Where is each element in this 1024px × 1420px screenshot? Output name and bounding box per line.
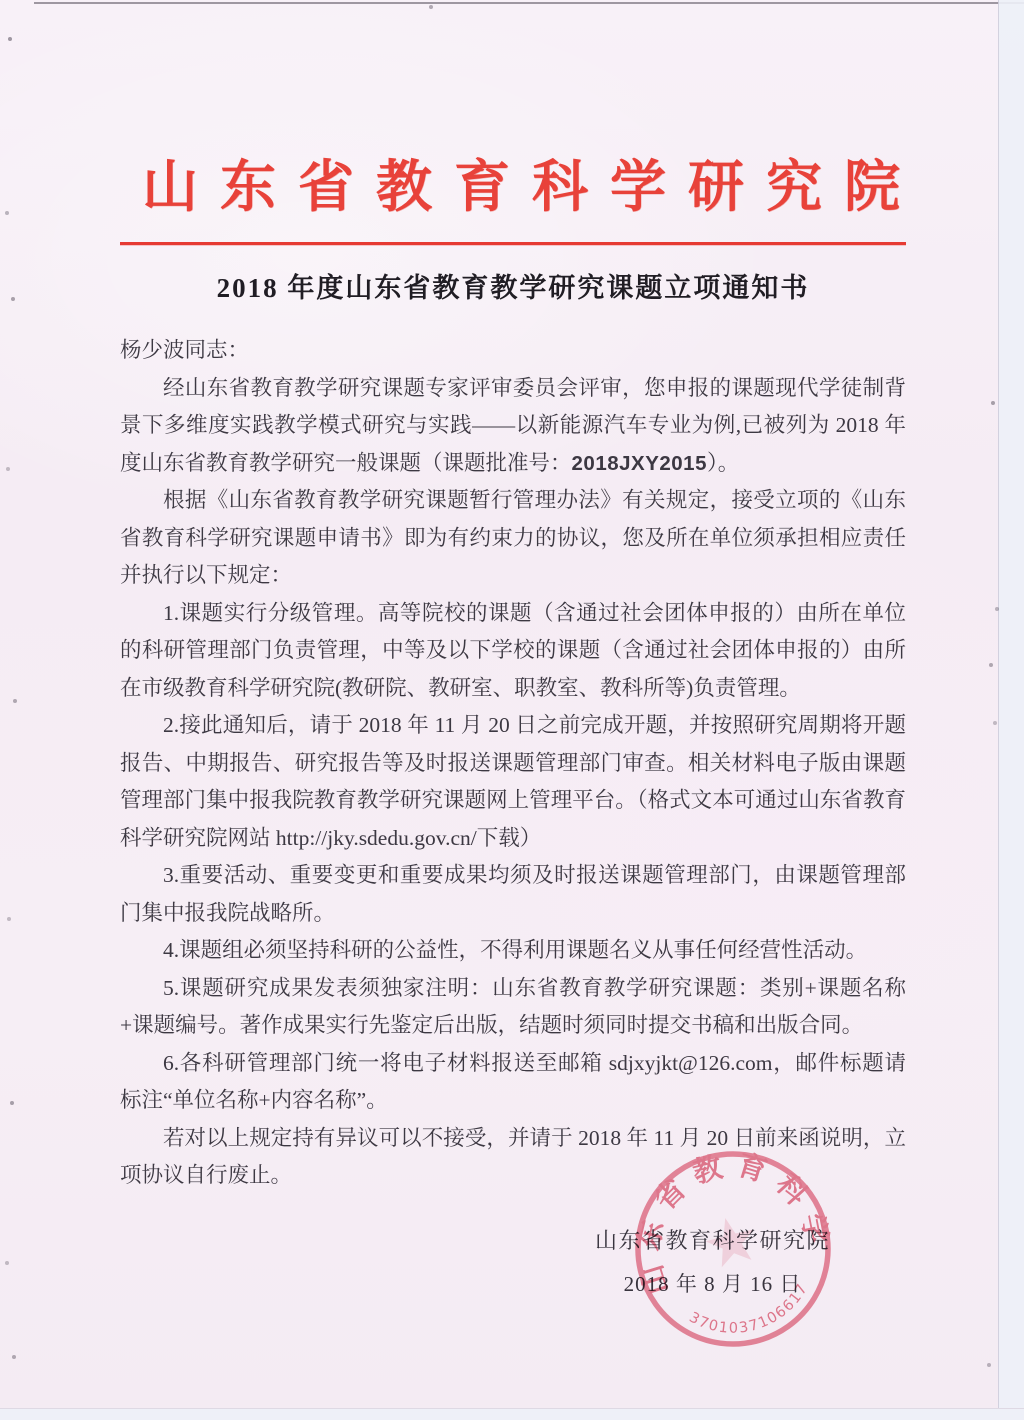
scan-edge-bottom xyxy=(0,1408,1024,1420)
signature-date: 2018 年 8 月 16 日 xyxy=(595,1268,830,1298)
paragraph-regulation-basis: 根据《山东省教育教学研究课题暂行管理办法》有关规定，接受立项的《山东省教育科学研… xyxy=(120,482,906,595)
letterhead-org-name: 山东省教育科学研究院 xyxy=(120,0,906,223)
paragraph-rule-2: 2.接此通知后，请于 2018 年 11 月 20 日之前完成开题，并按照研究周… xyxy=(120,707,906,857)
document-body: 山东省教育科学研究院 2018 年度山东省教育教学研究课题立项通知书 杨少波同志… xyxy=(0,0,1024,1195)
paragraph-rule-5: 5.课题研究成果发表须独家注明：山东省教育教学研究课题：类别+课题名称+课题编号… xyxy=(120,970,906,1045)
document-title: 2018 年度山东省教育教学研究课题立项通知书 xyxy=(120,266,906,305)
paragraph-rule-6: 6.各科研管理部门统一将电子材料报送至邮箱 sdjxyjkt@126.com，邮… xyxy=(120,1045,906,1120)
paragraph-rule-1: 1.课题实行分级管理。高等院校的课题（含通过社会团体申报的）由所在单位的科研管理… xyxy=(120,595,906,708)
paragraph-approval-intro: 经山东省教育教学研究课题专家评审委员会评审，您申报的课题现代学徒制背景下多维度实… xyxy=(120,370,906,483)
project-approval-number: 2018JXY2015 xyxy=(572,452,707,475)
letterhead-divider-rule xyxy=(120,242,906,245)
scanned-notice-page: 山东省教育科学研究院 2018 年度山东省教育教学研究课题立项通知书 杨少波同志… xyxy=(0,0,1024,1420)
intro-text-after: ）。 xyxy=(707,451,739,475)
paragraph-closing: 若对以上规定持有异议可以不接受，并请于 2018 年 11 月 20 日前来函说… xyxy=(120,1120,906,1195)
signature-block: 山东省教育科学研究院 2018 年 8 月 16 日 xyxy=(595,1224,830,1298)
paragraph-rule-3: 3.重要活动、重要变更和重要成果均须及时报送课题管理部门，由课题管理部门集中报我… xyxy=(120,857,906,932)
signature-org-name: 山东省教育科学研究院 xyxy=(595,1224,830,1255)
paragraph-rule-4: 4.课题组必须坚持科研的公益性，不得利用课题名义从事任何经营性活动。 xyxy=(120,932,906,970)
intro-text-before: 经山东省教育教学研究课题专家评审委员会评审，您申报的课题现代学徒制背景下多维度实… xyxy=(120,376,906,475)
salutation: 杨少波同志： xyxy=(120,332,906,370)
